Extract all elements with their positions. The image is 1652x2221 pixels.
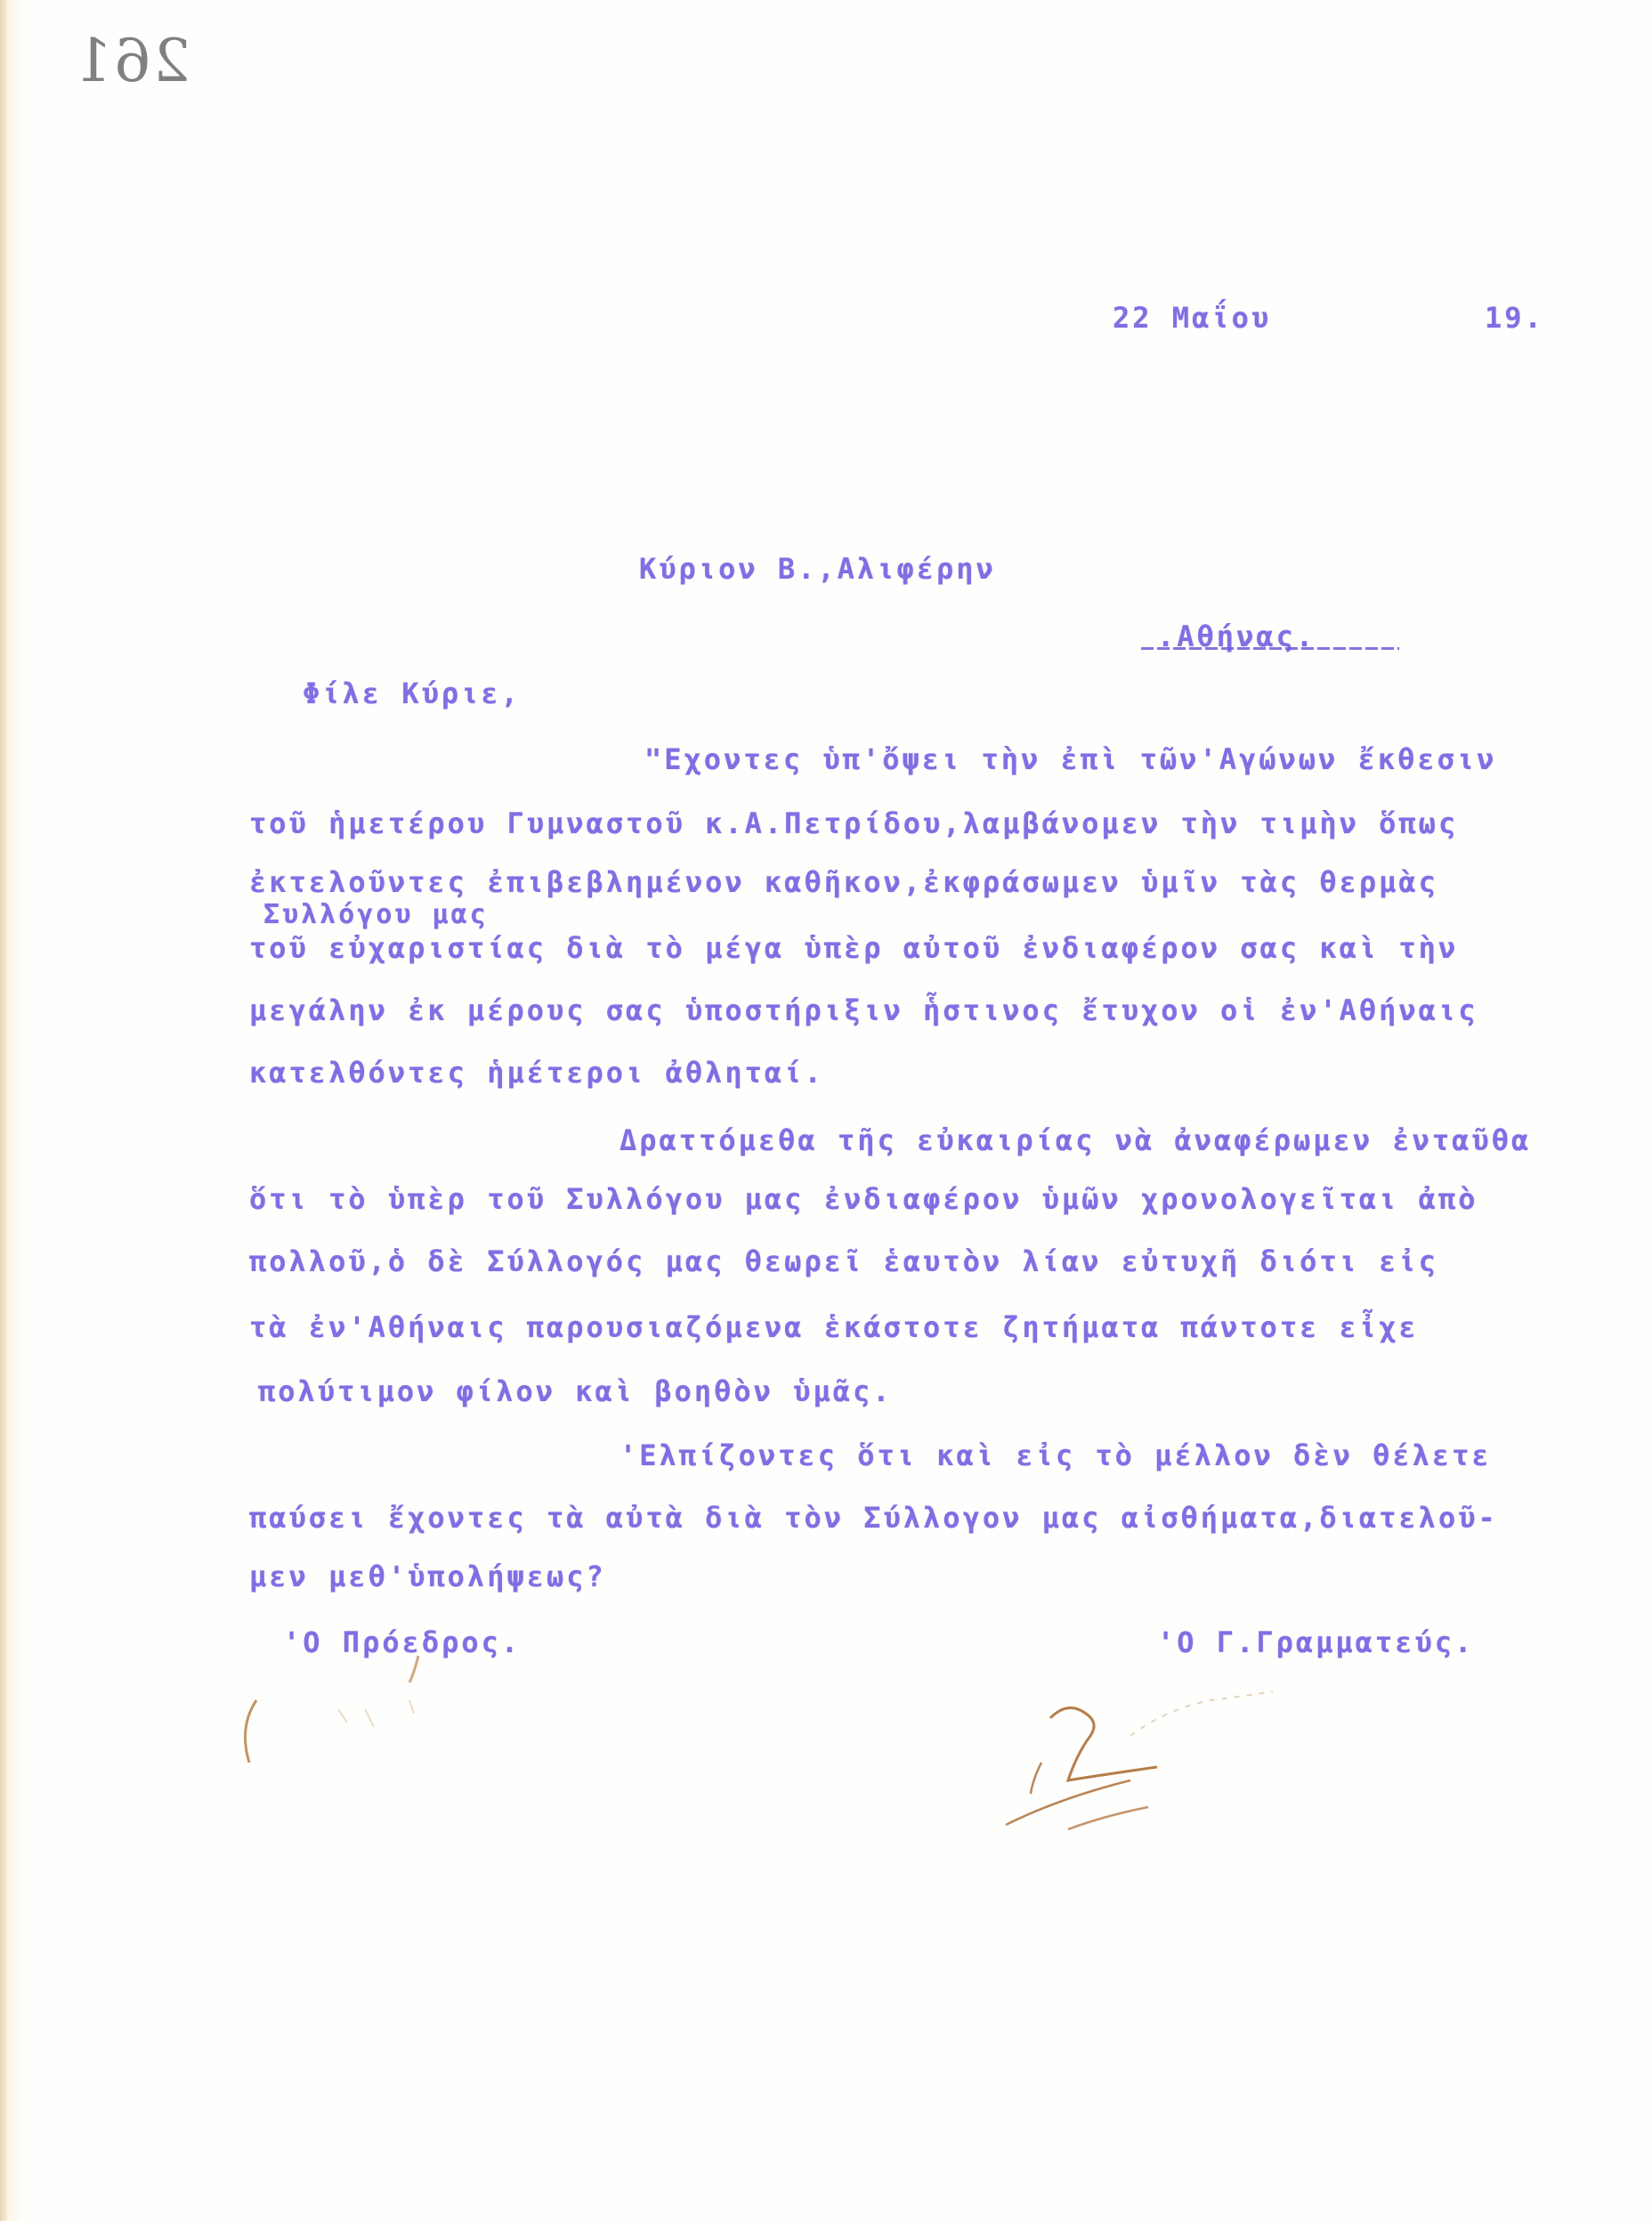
date-year: 19. <box>1485 301 1544 335</box>
secretary-signature-label: 'Ο Γ.Γραμματεύς. <box>1157 1625 1474 1659</box>
president-signature-label: 'Ο Πρόεδρος. <box>283 1625 521 1659</box>
salutation: Φίλε Κύριε, <box>303 677 521 710</box>
body-line-insertion: Συλλόγου μας <box>263 899 489 930</box>
paper-sheet <box>0 0 1652 2221</box>
recipient-name: Κύριον Β.,Αλιφέρην <box>639 552 996 586</box>
recipient-city-underline <box>1141 647 1399 650</box>
body-line: κατελθόντες ἡμέτεροι ἀθληταί. <box>249 1056 824 1090</box>
body-line: 'Ελπίζοντες ὅτι καὶ εἰς τὸ μέλλον δὲν θέ… <box>619 1439 1492 1472</box>
body-line: ἐκτελοῦντες ἐπιβεβλημένον καθῆκον,ἐκφράσ… <box>249 865 1438 899</box>
president-handwritten-signature <box>231 1674 659 1820</box>
body-line: πολύτιμον φίλον καὶ βοηθὸν ὑμᾶς. <box>258 1374 893 1408</box>
body-line: πολλοῦ,ὁ δὲ Σύλλογός μας θεωρεῖ ἑαυτὸν λ… <box>249 1244 1438 1278</box>
body-line: παύσει ἔχοντες τὰ αὐτὰ διὰ τὸν Σύλλογον … <box>249 1501 1498 1535</box>
date-day-month: 22 Μαΐου <box>1113 301 1271 335</box>
body-line: Δραττόμεθα τῆς εὐκαιρίας νὰ ἀναφέρωμεν ἐ… <box>619 1123 1531 1157</box>
body-line: "Εχοντες ὑπ'ὄψει τὴν ἐπὶ τῶν'Αγώνων ἔκθε… <box>644 742 1496 776</box>
body-line: μεγάλην ἐκ μέρους σας ὑποστήριξιν ἧστινο… <box>249 993 1478 1027</box>
body-line: τοῦ εὐχαριστίας διὰ τὸ μέγα ὑπὲρ αὐτοῦ ἐ… <box>249 931 1458 965</box>
body-line: μεν μεθ'ὑπολήψεως? <box>249 1560 606 1593</box>
secretary-handwritten-signature <box>979 1682 1389 1864</box>
page-number-stamp: 261 <box>73 27 190 95</box>
body-line: ὅτι τὸ ὑπὲρ τοῦ Συλλόγου μας ἐνδιαφέρον … <box>249 1182 1478 1216</box>
body-line: τὰ ἐν'Αθήναις παρουσιαζόμενα ἑκάστοτε ζη… <box>249 1310 1419 1344</box>
body-line: τοῦ ἡμετέρου Γυμναστοῦ κ.Α.Πετρίδου,λαμβ… <box>249 807 1458 840</box>
paper-edge <box>0 0 7 2221</box>
